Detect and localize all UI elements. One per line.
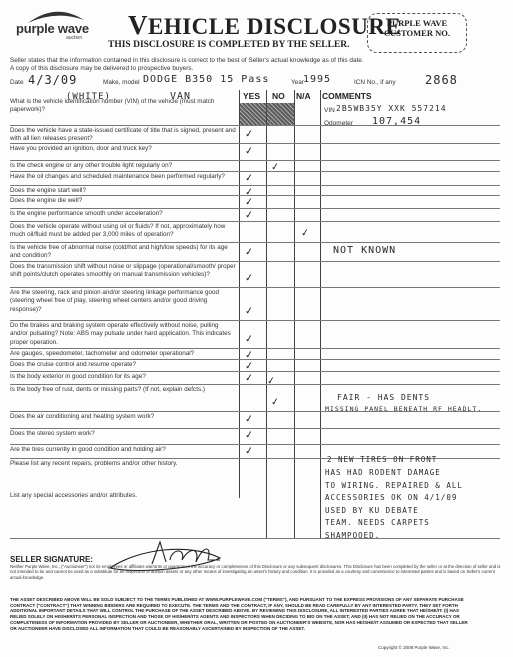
question-text: Is the body free of rust, dents or missi… (10, 386, 238, 394)
comment-tires[interactable]: 2 NEW TIRES ON FRONT (327, 455, 437, 464)
grid-line (266, 90, 267, 538)
checkmark-yes[interactable]: ✓ (244, 372, 254, 384)
vin-shaded-cell (240, 103, 294, 126)
seller-disclaimer: Neither Purple Wave, Inc., ("Auctioneer"… (10, 564, 504, 580)
page-subtitle: THIS DISCLOSURE IS COMPLETED BY THE SELL… (108, 40, 350, 50)
customer-number-box[interactable]: PURPLE WAVE CUSTOMER NO. (367, 13, 467, 53)
question-text: Have the oil changes and scheduled maint… (10, 173, 238, 181)
row-divider (10, 195, 500, 196)
logo-text: purple wave (16, 21, 89, 36)
question-text: Are the tires currently in good conditio… (10, 446, 238, 454)
icn-label: ICN No., if any (354, 79, 396, 86)
logo-subtext: auction (66, 35, 82, 41)
make-model-label: Make, model (103, 79, 140, 86)
grid-line (239, 90, 240, 498)
page-title: VEHICLE DISCLOSURE (128, 10, 401, 41)
question-text: Is the engine performance smooth under a… (10, 210, 238, 218)
row-divider (10, 221, 500, 222)
question-text: What is the vehicle identification numbe… (10, 98, 238, 115)
row-divider (10, 125, 500, 126)
row-divider (10, 359, 500, 360)
comment-oil-fluids[interactable]: NOT KNOWN (333, 245, 396, 256)
copyright: Copyright © 2008 Purple Wave, Inc. (378, 645, 450, 650)
row-divider (10, 185, 500, 186)
question-text: Does the cruise control and resume opera… (10, 361, 238, 369)
year-label: Year (291, 79, 304, 86)
checkmark-na[interactable]: ✓ (300, 227, 310, 239)
question-text: Are the steering, rack and pinion and/or… (10, 289, 238, 314)
row-divider (10, 143, 500, 144)
row-divider (10, 208, 500, 209)
question-text: List any special accessories and/or attr… (10, 492, 238, 500)
year-field[interactable]: 1995 (303, 74, 331, 85)
checkmark-yes[interactable]: ✓ (244, 172, 254, 184)
row-divider (10, 348, 500, 349)
column-header-na: N/A (296, 91, 311, 101)
row-divider (10, 242, 500, 243)
row-divider (10, 160, 500, 161)
comment-body-rust[interactable]: MISSING PANEL BENEATH RF HEADLT. (325, 405, 482, 413)
row-divider (10, 261, 500, 262)
question-text: Does the vehicle have a state-issued cer… (10, 127, 238, 144)
row-divider (10, 371, 500, 372)
vin-label: VIN (324, 107, 335, 114)
checkmark-yes[interactable]: ✓ (244, 272, 254, 284)
purple-wave-logo: purple wave auction (12, 8, 92, 36)
checkmark-yes[interactable]: ✓ (244, 413, 254, 425)
history-comment-line: TO WIRING. REPAIRED & ALL (325, 481, 463, 490)
row-divider (10, 428, 500, 429)
history-comment-line: TEAM. NEEDS CARPETS (325, 518, 430, 527)
customer-number-label: PURPLE WAVE CUSTOMER NO. (368, 18, 466, 38)
legal-terms: The asset described above will be sold s… (10, 597, 470, 631)
history-comment-line: HAS HAD RODENT DAMAGE (325, 468, 441, 477)
checkmark-yes[interactable]: ✓ (244, 305, 254, 317)
checkmark-yes[interactable]: ✓ (244, 333, 254, 345)
question-text: Is the vehicle free of abnormal noise (c… (10, 244, 238, 261)
question-text: Is the body exterior in good condition f… (10, 373, 238, 381)
grid-line (320, 90, 321, 538)
checkmark-yes[interactable]: ✓ (244, 246, 254, 258)
column-header-no: NO (272, 91, 285, 101)
column-header-comments: COMMENTS (322, 91, 372, 101)
comment-body-exterior[interactable]: FAIR - HAS DENTS (337, 393, 430, 402)
checkmark-no[interactable]: ✓ (266, 375, 276, 387)
history-comment-line: SHAMPOOED. (325, 531, 380, 540)
question-text: Does the vehicle operate without using o… (10, 223, 238, 240)
checkmark-yes[interactable]: ✓ (244, 145, 254, 157)
vin-field[interactable]: 2B5WB35Y XXK 557214 (336, 104, 447, 113)
row-divider (10, 287, 500, 288)
make-model-field[interactable]: DODGE B350 15 Pass (143, 74, 269, 85)
row-divider (10, 444, 500, 445)
intro-statement: Seller states that the information conta… (10, 57, 505, 73)
row-divider (10, 538, 500, 539)
history-comment-line: USED BY KU DEBATE (325, 506, 419, 515)
icn-field[interactable]: 2868 (425, 73, 458, 87)
question-text: Are gauges, speedometer, tachometer and … (10, 350, 238, 358)
checkmark-yes[interactable]: ✓ (244, 196, 254, 208)
seller-signature-label: SELLER SIGNATURE: (10, 555, 93, 564)
checkmark-yes[interactable]: ✓ (244, 209, 254, 221)
grid-line (294, 90, 295, 538)
row-divider (10, 171, 500, 172)
checkmark-yes[interactable]: ✓ (244, 429, 254, 441)
question-text: Does the stereo system work? (10, 430, 238, 438)
history-comment-line: ACCESSORIES OK ON 4/1/09 (325, 493, 457, 502)
question-text: Does the transmission shift without nois… (10, 263, 238, 280)
checkmark-yes[interactable]: ✓ (244, 445, 254, 457)
date-label: Date (10, 79, 24, 86)
question-text: Does the engine die well? (10, 197, 238, 205)
row-divider (10, 384, 500, 385)
column-header-yes: YES (243, 91, 260, 101)
question-text: Please list any recent repairs, problems… (10, 460, 238, 468)
question-text: Do the brakes and braking system operate… (10, 322, 238, 347)
checkmark-yes[interactable]: ✓ (244, 128, 254, 140)
row-divider (10, 320, 500, 321)
question-text: Is the check engine or any other trouble… (10, 162, 238, 170)
checkmark-no[interactable]: ✓ (270, 396, 280, 408)
question-text: Have you provided an ignition, door and … (10, 145, 238, 153)
question-text: Does the air conditioning and heating sy… (10, 413, 238, 421)
date-field[interactable]: 4/3/09 (28, 73, 77, 87)
vehicle-disclosure-form: purple wave auction VEHICLE DISCLOSURE T… (0, 0, 513, 657)
